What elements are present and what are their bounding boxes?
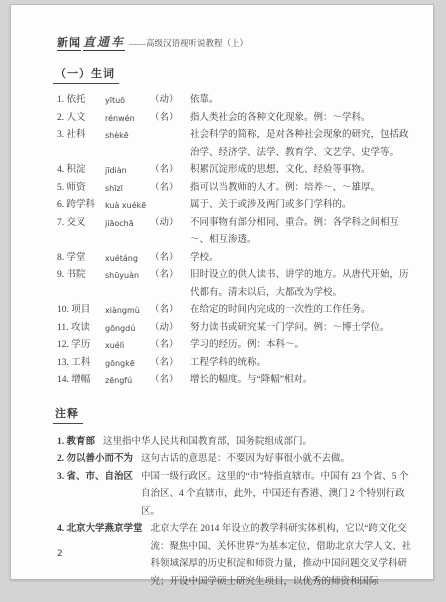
note-term: 2. 勿以善小而不为 (57, 451, 133, 469)
vocab-word: 10. 项目 (57, 302, 105, 320)
vocab-item: 11. 攻读 gōngdú （动） 努力读书或研究某一门学问。例：～博士学位。 (57, 320, 417, 338)
vocab-pos: （名） (150, 110, 190, 128)
vocab-definition: 在给定的时间内完成的一次性的工作任务。 (190, 302, 417, 320)
vocab-num: 13. (57, 358, 69, 368)
vocab-word: 9. 书院 (57, 267, 105, 285)
vocab-num: 6. (57, 200, 64, 210)
vocab-item: 10. 项目 xiàngmù （名） 在给定的时间内完成的一次性的工作任务。 (57, 302, 417, 320)
vocab-num: 7. (57, 218, 64, 228)
vocab-num: 4. (57, 165, 64, 175)
vocab-pos: （名） (150, 337, 190, 355)
vocab-word: 6. 跨学科 (57, 197, 105, 215)
vocab-pos: （名） (150, 180, 190, 198)
vocab-hanzi: 跨学科 (67, 200, 96, 210)
vocab-pinyin: gōngkē (105, 355, 150, 373)
note-item: 4. 北京大学燕京学堂 北京大学在 2014 年设立的教学科研实体机构，它以“跨… (57, 521, 417, 591)
book-logo-bold: 新闻 (57, 37, 81, 51)
vocab-num: 3. (57, 130, 64, 140)
vocab-pinyin: kuà xuékē (105, 197, 150, 215)
vocab-pinyin: zēngfú (105, 372, 150, 390)
vocab-item: 9. 书院 shūyuàn （名） 旧时设立的供人读书、讲学的地方。从唐代开始，… (57, 267, 417, 302)
vocab-item: 5. 师资 shīzī （名） 指可以当教师的人才。例：培养～、～雄厚。 (57, 180, 417, 198)
vocab-pos: （动） (150, 320, 190, 338)
note-item: 2. 勿以善小而不为 这句古话的意思是：不要因为好事很小就不去做。 (57, 451, 417, 469)
note-num: 3. (57, 472, 64, 482)
vocab-hanzi: 增幅 (71, 375, 90, 385)
note-term-text: 教育部 (67, 437, 96, 447)
notes-section: 注释 1. 教育部 这里指中华人民共和国教育部，国务院组成部门。 2. 勿以善小… (57, 404, 417, 592)
vocab-item: 1. 依托 yītuō （动） 依靠。 (57, 92, 417, 110)
vocab-item: 14. 增幅 zēngfú （名） 增长的幅度。与“降幅”相对。 (57, 372, 417, 390)
notes-section-title: 注释 (53, 405, 83, 424)
note-term-text: 北京大学燕京学堂 (67, 524, 143, 534)
vocab-definition: 指人类社会的各种文化现象。例：～学科。 (190, 110, 417, 128)
vocab-pinyin: shèkē (105, 127, 150, 145)
vocab-num: 9. (57, 270, 64, 280)
vocab-hanzi: 社科 (67, 130, 86, 140)
vocab-pos: （名） (150, 355, 190, 373)
vocab-item: 12. 学历 xuélì （名） 学习的经历。例：本科～。 (57, 337, 417, 355)
page-content: 新闻直通车——高级汉语视听说教程（上） （一）生词 1. 依托 yītuō （动… (57, 33, 417, 591)
vocab-hanzi: 书院 (67, 270, 86, 280)
vocab-word: 11. 攻读 (57, 320, 105, 338)
vocab-item: 13. 工科 gōngkē （名） 工程学科的统称。 (57, 355, 417, 373)
note-definition: 中国一级行政区。这里的“市”特指直辖市。中国有 23 个省、5 个自治区、4 个… (141, 469, 417, 522)
vocab-hanzi: 交叉 (67, 218, 86, 228)
note-definition: 北京大学在 2014 年设立的教学科研实体机构，它以“跨文化交流：聚焦中国、关怀… (151, 521, 417, 591)
vocab-item: 7. 交叉 jiāochā （动） 不同事物有部分相同、重合。例：各学科之间相互… (57, 215, 417, 250)
vocab-pos: （动） (150, 92, 190, 110)
book-page: 新闻直通车——高级汉语视听说教程（上） （一）生词 1. 依托 yītuō （动… (10, 4, 434, 580)
vocab-item: 8. 学堂 xuétáng （名） 学校。 (57, 250, 417, 268)
vocab-word: 3. 社科 (57, 127, 105, 145)
vocab-definition: 依靠。 (190, 92, 417, 110)
vocab-pinyin: yītuō (105, 92, 150, 110)
vocab-pinyin: shūyuàn (105, 267, 150, 285)
vocab-num: 11. (57, 323, 69, 333)
book-subtitle: ——高级汉语视听说教程（上） (129, 38, 248, 48)
page-number: 2 (57, 549, 63, 559)
vocab-hanzi: 依托 (67, 95, 86, 105)
notes-list: 1. 教育部 这里指中华人民共和国教育部，国务院组成部门。 2. 勿以善小而不为… (57, 434, 417, 592)
vocab-section-title: （一）生词 (53, 65, 119, 84)
vocab-list: 1. 依托 yītuō （动） 依靠。 2. 人文 rénwén （名） 指人类… (57, 92, 417, 390)
vocab-item: 4. 积淀 jīdiàn （名） 积累沉淀形成的思想、文化、经验等事物。 (57, 162, 417, 180)
vocab-word: 4. 积淀 (57, 162, 105, 180)
vocab-definition: 学校。 (190, 250, 417, 268)
note-definition: 这句古话的意思是：不要因为好事很小就不去做。 (141, 451, 417, 469)
vocab-word: 1. 依托 (57, 92, 105, 110)
vocab-pinyin: jīdiàn (105, 162, 150, 180)
vocab-hanzi: 学历 (71, 340, 90, 350)
vocab-pinyin: xuétáng (105, 250, 150, 268)
document-viewer: 新闻直通车——高级汉语视听说教程（上） （一）生词 1. 依托 yītuō （动… (0, 0, 446, 602)
vocab-num: 12. (57, 340, 69, 350)
vocab-pinyin: gōngdú (105, 320, 150, 338)
vocab-word: 5. 师资 (57, 180, 105, 198)
note-term: 1. 教育部 (57, 434, 95, 452)
vocab-num: 10. (57, 305, 69, 315)
running-header: 新闻直通车——高级汉语视听说教程（上） (57, 33, 417, 50)
vocab-word: 2. 人文 (57, 110, 105, 128)
vocab-hanzi: 积淀 (67, 165, 86, 175)
vocab-word: 12. 学历 (57, 337, 105, 355)
vocab-num: 5. (57, 183, 64, 193)
vocab-num: 1. (57, 95, 64, 105)
vocab-word: 13. 工科 (57, 355, 105, 373)
vocab-definition: 指可以当教师的人才。例：培养～、～雄厚。 (190, 180, 417, 198)
vocab-section: （一）生词 1. 依托 yītuō （动） 依靠。 2. 人文 rénwén （… (57, 64, 417, 390)
vocab-item: 6. 跨学科 kuà xuékē 属于、关于或涉及两门或多门学科的。 (57, 197, 417, 215)
vocab-definition: 不同事物有部分相同、重合。例：各学科之间相互～、相互渗透。 (190, 215, 417, 250)
vocab-hanzi: 师资 (67, 183, 86, 193)
vocab-hanzi: 攻读 (71, 323, 90, 333)
vocab-hanzi: 学堂 (67, 253, 86, 263)
vocab-num: 14. (57, 375, 69, 385)
vocab-definition: 旧时设立的供人读书、讲学的地方。从唐代开始，历代都有。清末以后，大都改为学校。 (190, 267, 417, 302)
vocab-pos: （名） (150, 250, 190, 268)
vocab-definition: 属于、关于或涉及两门或多门学科的。 (190, 197, 417, 215)
note-item: 3. 省、市、自治区 中国一级行政区。这里的“市”特指直辖市。中国有 23 个省… (57, 469, 417, 522)
vocab-hanzi: 工科 (71, 358, 90, 368)
vocab-definition: 积累沉淀形成的思想、文化、经验等事物。 (190, 162, 417, 180)
vocab-definition: 社会科学的简称，是对各种社会现象的研究，包括政治学、经济学、法学、教育学、文艺学… (190, 127, 417, 162)
vocab-hanzi: 人文 (67, 113, 86, 123)
vocab-pinyin: xiàngmù (105, 302, 150, 320)
vocab-word: 8. 学堂 (57, 250, 105, 268)
vocab-pos: （名） (150, 162, 190, 180)
vocab-pos: （动） (150, 215, 190, 233)
vocab-pos: （名） (150, 267, 190, 285)
vocab-definition: 学习的经历。例：本科～。 (190, 337, 417, 355)
note-term-text: 省、市、自治区 (67, 472, 134, 482)
vocab-item: 3. 社科 shèkē 社会科学的简称，是对各种社会现象的研究，包括政治学、经济… (57, 127, 417, 162)
note-term: 4. 北京大学燕京学堂 (57, 521, 143, 539)
note-term: 3. 省、市、自治区 (57, 469, 133, 487)
vocab-num: 2. (57, 113, 64, 123)
vocab-hanzi: 项目 (71, 305, 90, 315)
vocab-definition: 努力读书或研究某一门学问。例：～博士学位。 (190, 320, 417, 338)
vocab-item: 2. 人文 rénwén （名） 指人类社会的各种文化现象。例：～学科。 (57, 110, 417, 128)
vocab-word: 14. 增幅 (57, 372, 105, 390)
vocab-pos: （名） (150, 302, 190, 320)
vocab-pinyin: jiāochā (105, 215, 150, 233)
note-num: 2. (57, 454, 64, 464)
note-term-text: 勿以善小而不为 (67, 454, 134, 464)
vocab-num: 8. (57, 253, 64, 263)
note-num: 4. (57, 524, 64, 534)
note-definition: 这里指中华人民共和国教育部，国务院组成部门。 (103, 434, 417, 452)
note-item: 1. 教育部 这里指中华人民共和国教育部，国务院组成部门。 (57, 434, 417, 452)
vocab-definition: 工程学科的统称。 (190, 355, 417, 373)
vocab-pinyin: shīzī (105, 180, 150, 198)
book-logo-italic: 直通车 (83, 35, 125, 51)
vocab-pinyin: xuélì (105, 337, 150, 355)
vocab-pinyin: rénwén (105, 110, 150, 128)
vocab-pos: （名） (150, 372, 190, 390)
note-num: 1. (57, 437, 64, 447)
vocab-word: 7. 交叉 (57, 215, 105, 233)
vocab-definition: 增长的幅度。与“降幅”相对。 (190, 372, 417, 390)
